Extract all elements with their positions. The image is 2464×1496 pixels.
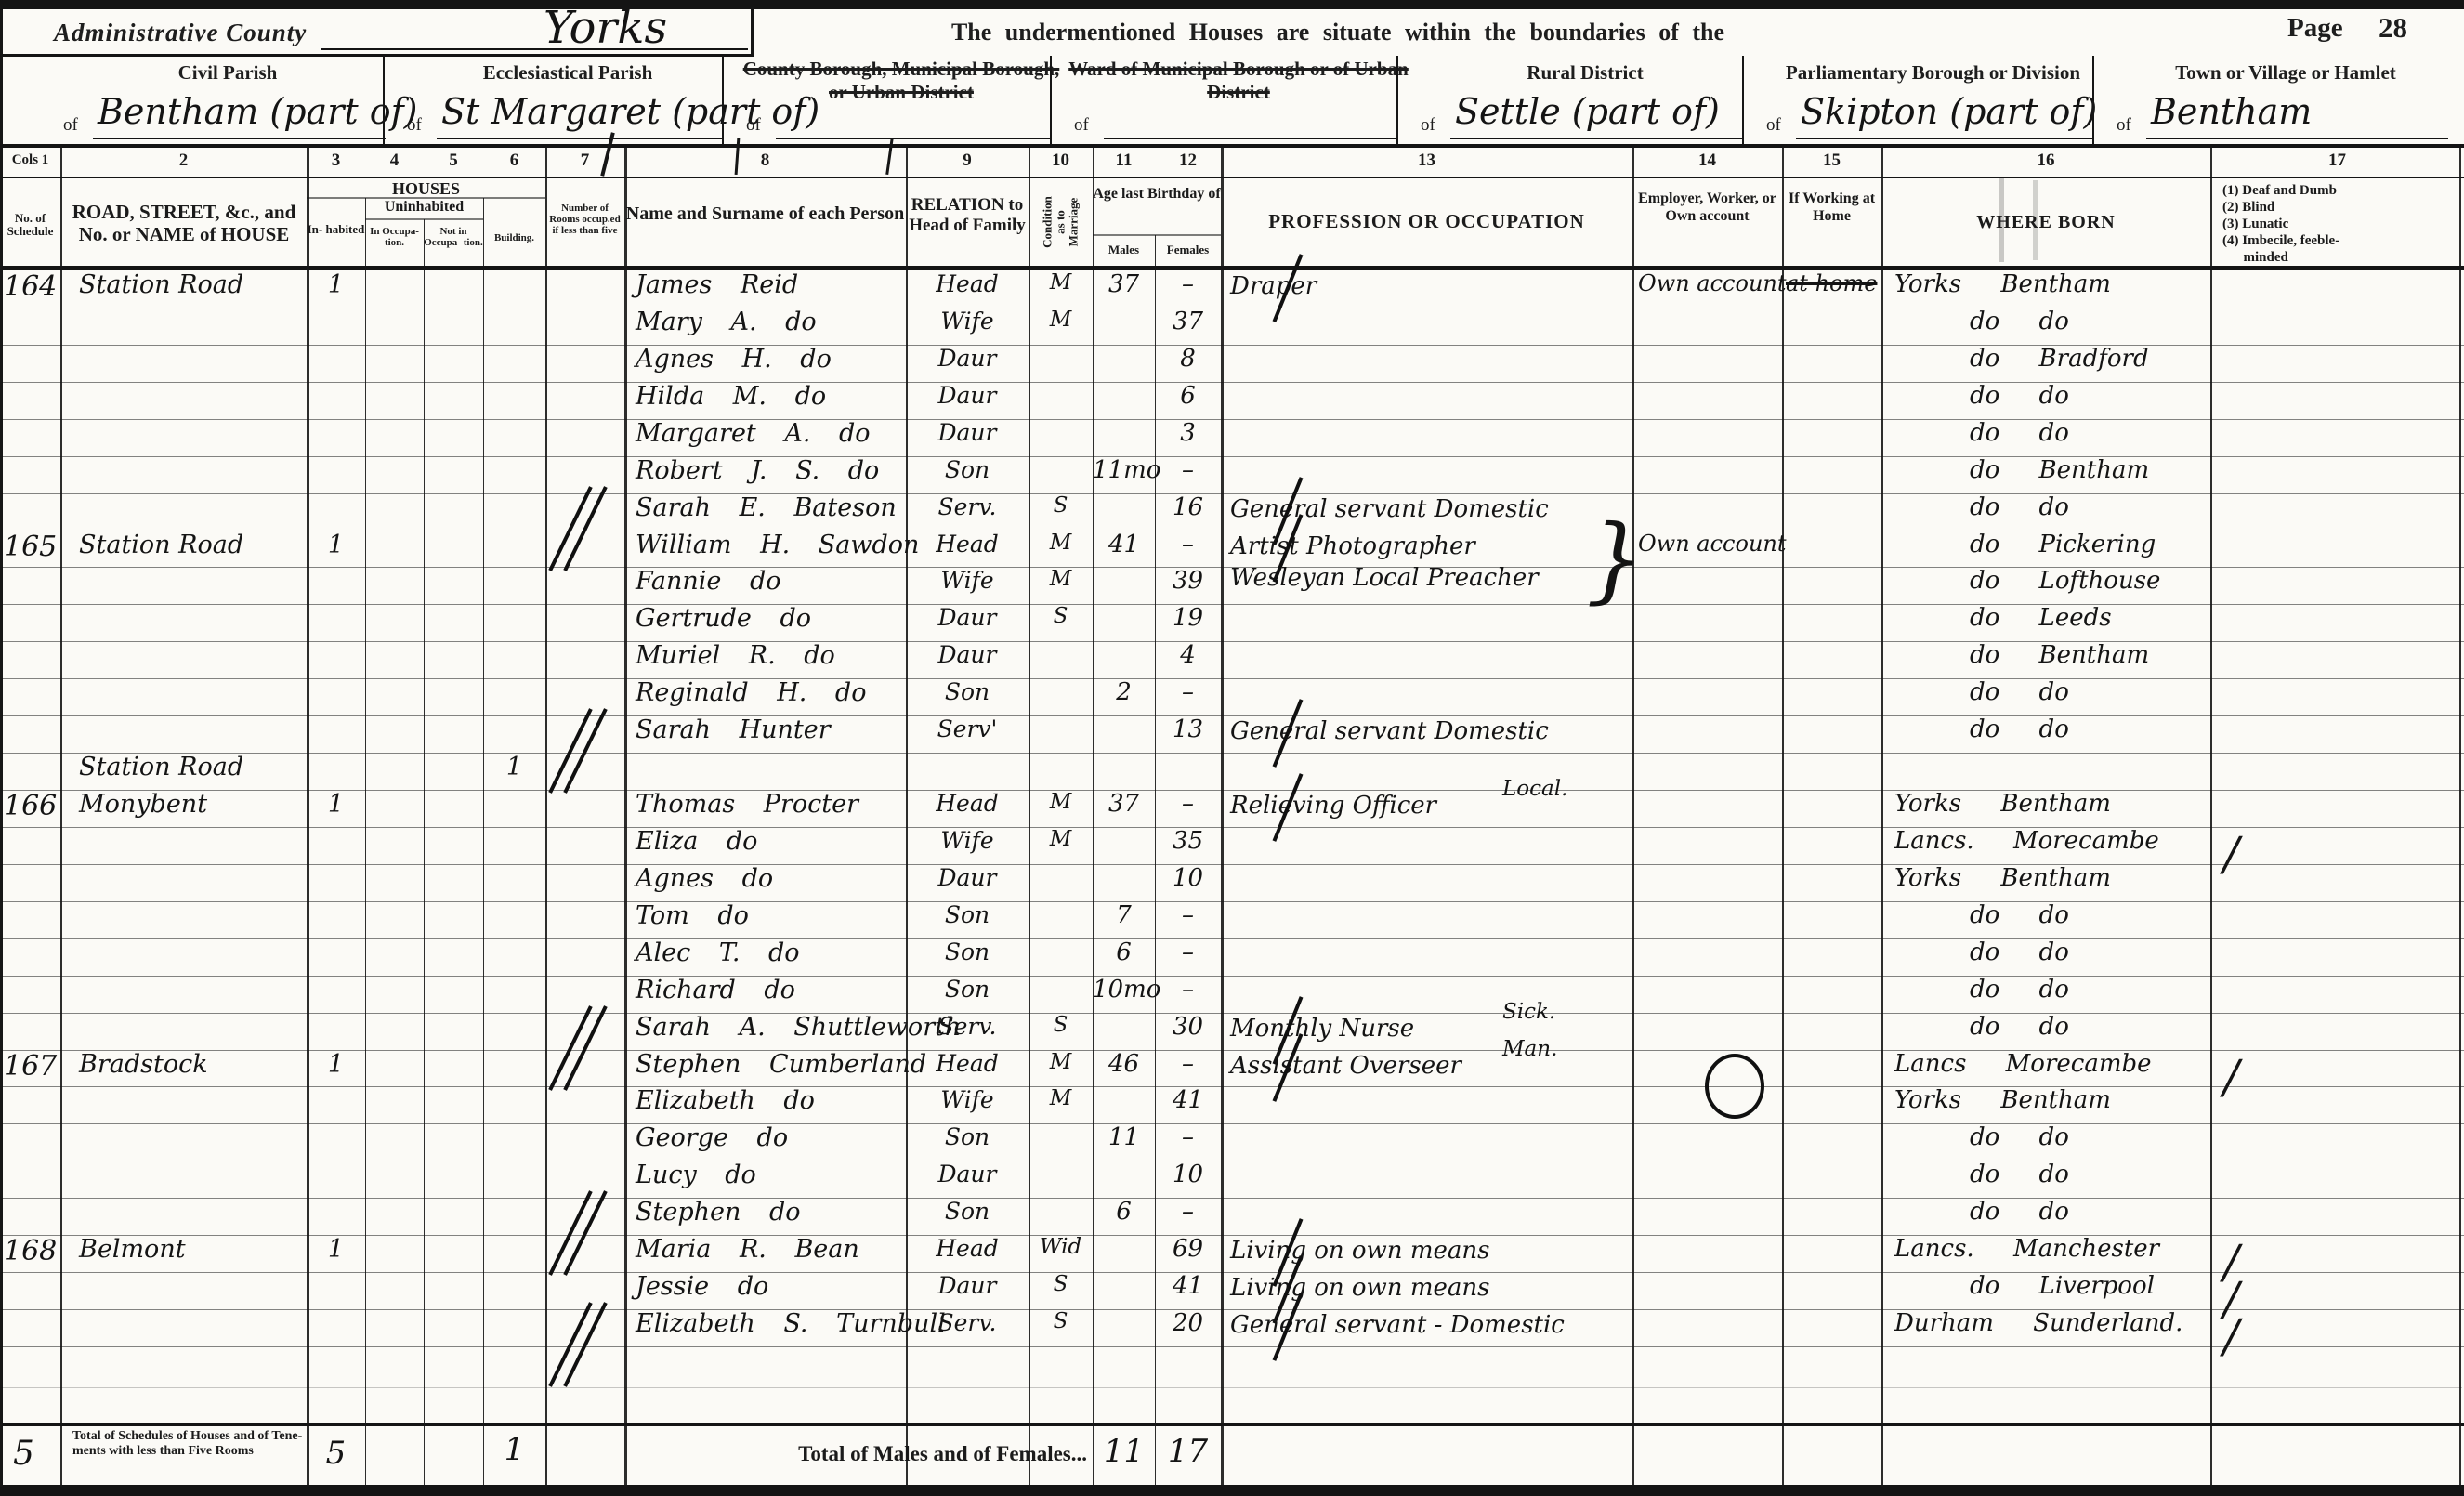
section-underline [1450,138,1743,139]
table-row: Jessie doDaurS41Living on own meansdo Li… [0,1272,2464,1310]
column-number: Cols 1 [0,152,60,168]
totals-schedules-value: 5 [13,1435,34,1473]
where-born-cell: do Pickering [1881,531,2210,568]
col-header-born: WHERE BORN [1881,212,2210,233]
table-row: Muriel R. doDaur4do Bentham [0,641,2464,679]
column-number: 10 [1029,151,1093,171]
age-males-cell: 46 [1093,1050,1155,1087]
where-born-cell: do do [1881,1161,2210,1198]
section-divider [1742,56,1744,144]
born-check-slash: / [2210,827,2464,864]
age-females-cell: 16 [1155,493,1221,531]
census-page: Administrative County Yorks The undermen… [0,0,2464,1496]
totals-males-value: 11 [1093,1433,1155,1470]
totals-females-value: 17 [1155,1433,1221,1470]
condition-cell: S [1029,493,1093,531]
admin-county-rule [0,54,754,57]
column-rule [624,148,627,1487]
relation-cell: Serv. [906,493,1029,531]
column-number: 8 [624,151,906,171]
table-row: Reginald H. doSon2–do do [0,678,2464,716]
column-number: 6 [483,151,545,171]
table-row: Elizabeth doWifeM41Yorks Bentham [0,1086,2464,1124]
infirm-line-2: (2) Blind [2222,199,2460,216]
age-females-cell: – [1155,1123,1221,1161]
totals-males-females-label: Total of Males and of Females... [650,1442,1087,1466]
column-rule [2459,148,2461,1487]
column-number: 5 [424,151,483,171]
table-row: Sarah A. ShuttleworthServ.S30Monthly Nur… [0,1013,2464,1051]
condition-cell: M [1029,308,1093,345]
table-row: Sarah HunterServ'13General servant Domes… [0,715,2464,754]
col-header-in-occupation: In Occupa- tion. [365,226,424,248]
column-rule [1632,148,1634,1487]
house-name-cell: Monybent [60,790,307,827]
occupation-cell: Living on own means [1221,1235,1632,1272]
age-females-cell: 19 [1155,604,1221,641]
col-header-males: Males [1093,243,1155,256]
page-label: Page [2287,13,2343,44]
relation-cell: Head [906,531,1029,568]
column-number: 11 [1093,151,1155,171]
where-born-cell: do Bradford [1881,345,2210,382]
relation-cell: Daur [906,419,1029,456]
col-header-name: Name and Surname of each Person [624,203,906,226]
section-label: Town or Village or Hamlet [2109,61,2462,85]
condition-cell: M [1029,827,1093,864]
col-header-home: If Working at Home [1782,190,1881,225]
age-females-cell: 69 [1155,1235,1221,1272]
section-of: of [1421,115,1435,136]
age-females-cell: – [1155,938,1221,976]
section-of: of [746,115,761,136]
where-born-cell: do do [1881,678,2210,715]
person-name-cell: Stephen do [624,1198,906,1235]
age-males-cell: 2 [1093,678,1155,715]
condition-cell: M [1029,531,1093,568]
admin-county-label: Administrative County [54,19,307,47]
born-check-slash: / [2210,1272,2464,1309]
section-underline [2146,138,2448,139]
relation-cell: Wife [906,1086,1029,1123]
where-born-cell: do Lofthouse [1881,567,2210,604]
table-row: Agnes doDaur10Yorks Bentham [0,864,2464,902]
employer-cell: Own account [1632,270,1782,308]
inhabited-cell: 1 [307,790,365,827]
where-born-cell: do do [1881,419,2210,456]
schedule-number-cell: 168 [0,1235,60,1272]
house-name-cell: Station Road [60,753,307,790]
relation-cell: Wife [906,827,1029,864]
col-header-females: Females [1155,243,1221,256]
occupation-cell: General servant Domestic [1221,493,1632,531]
inhabited-cell: 1 [307,270,365,308]
section-of: of [1074,115,1089,136]
relation-cell: Head [906,1235,1029,1272]
col-header-profession: PROFESSION OR OCCUPATION [1221,210,1632,233]
person-name-cell: Maria R. Bean [624,1235,906,1272]
relation-cell: Serv. [906,1013,1029,1050]
age-females-cell: – [1155,678,1221,715]
age-males-cell: 37 [1093,270,1155,308]
table-row: 168Belmont1Maria R. BeanHeadWid69Living … [0,1235,2464,1273]
relation-cell: Serv. [906,1309,1029,1346]
section-divider [2092,56,2094,144]
table-row: Gertrude doDaurS19do Leeds [0,604,2464,642]
age-females-cell: 3 [1155,419,1221,456]
age-females-cell: – [1155,901,1221,938]
where-born-cell: do do [1881,493,2210,531]
col-header-schedule: No. of Schedule [0,212,60,238]
admin-county-underline [321,48,748,50]
table-row: 164Station Road1James ReidHeadM37–Draper… [0,270,2464,308]
table-row: Margaret A. doDaur3do do [0,419,2464,457]
table-row: Stephen doSon6–do do [0,1198,2464,1236]
section-label: Civil Parish [56,61,400,85]
inhabited-cell: 1 [307,1050,365,1087]
age-males-cell: 10mo [1093,976,1155,1013]
inhabited-cell: 1 [307,1235,365,1272]
person-name-cell: Robert J. S. do [624,456,906,493]
schedule-number-cell: 165 [0,531,60,568]
person-name-cell: Fannie do [624,567,906,604]
header-thick-rule [0,144,2464,148]
section-value: Skipton (part of) [1801,91,2112,132]
col-header-condition-label: Condition as to Marriage [1042,190,1081,255]
table-row: Mary A. doWifeM37do do [0,308,2464,346]
section-divider [722,56,724,144]
section-value: Settle (part of) [1455,91,1762,132]
relation-cell: Daur [906,382,1029,419]
section-label: Ecclesiastical Parish [400,61,736,85]
totals-building-value: 1 [483,1431,545,1468]
age-females-cell: 37 [1155,308,1221,345]
infirm-line-3: (3) Lunatic [2222,216,2460,232]
where-born-cell: do do [1881,901,2210,938]
table-row: 165Station Road1William H. SawdonHeadM41… [0,531,2464,569]
section-divider [383,56,385,144]
age-females-cell: – [1155,270,1221,308]
section-of: of [407,115,422,136]
where-born-cell: do do [1881,1123,2210,1161]
column-rule [483,198,484,1487]
numbers-row-rule [0,177,2464,178]
born-check-slash: / [2210,1309,2464,1346]
section-underline [93,138,386,139]
person-name-cell: Sarah E. Bateson [624,493,906,531]
person-name-cell: Lucy do [624,1161,906,1198]
col-header-uninhabited: Uninhabited [365,199,483,216]
column-number: 7 [545,151,624,171]
table-row: Agnes H. doDaur8do Bradford [0,345,2464,383]
condition-cell: M [1029,270,1093,308]
column-number: 4 [365,151,424,171]
age-females-cell: 30 [1155,1013,1221,1050]
person-name-cell: James Reid [624,270,906,308]
section-value: Bentham (part of) [98,91,404,132]
col-header-road: ROAD, STREET, &c., and No. or NAME of HO… [65,201,303,245]
column-number: 15 [1782,151,1881,171]
age-males-cell: 6 [1093,938,1155,976]
occupation-cell: Living on own means [1221,1272,1632,1309]
house-name-cell: Belmont [60,1235,307,1272]
occupation-annotation: Local. [1502,773,1567,805]
scan-bottom-edge [0,1485,2464,1496]
age-females-cell: 20 [1155,1309,1221,1346]
schedule-number-cell: 167 [0,1050,60,1087]
condition-cell: S [1029,1013,1093,1050]
col-header-building: Building. [483,232,545,243]
building-cell: 1 [483,753,545,790]
where-born-cell: do do [1881,1013,2210,1050]
column-number: 16 [1881,151,2210,171]
age-females-cell: – [1155,531,1221,568]
column-rule [307,148,309,1487]
person-name-cell: Agnes H. do [624,345,906,382]
table-row: Robert J. S. doSon11mo–do Bentham [0,456,2464,494]
house-name-cell: Station Road [60,531,307,568]
age-females-cell: – [1155,1198,1221,1235]
col-header-infirmities: (1) Deaf and Dumb (2) Blind (3) Lunatic … [2222,182,2460,266]
occupation-cell: General servant Domestic [1221,715,1632,753]
totals-inhabited-value: 5 [307,1435,365,1472]
born-check-slash: / [2210,1235,2464,1272]
col-header-not-in-occupation: Not in Occupa- tion. [424,226,483,248]
section-underline [1796,138,2093,139]
age-females-cell: 6 [1155,382,1221,419]
condition-cell: M [1029,1050,1093,1087]
archive-mark [1999,178,2004,262]
where-born-cell: Yorks Bentham [1881,1086,2210,1123]
occupation-annotation: Man. [1502,1033,1557,1065]
relation-cell: Daur [906,864,1029,901]
archive-mark [2033,180,2038,260]
section-label: Ward of Municipal Borough or of Urban Di… [1067,58,1410,104]
age-females-cell: 10 [1155,864,1221,901]
where-born-cell: do do [1881,715,2210,753]
age-females-cell: 13 [1155,715,1221,753]
col-header-inhabited: In- habited [307,223,365,236]
column-rule [1221,148,1224,1487]
where-born-cell: do Liverpool [1881,1272,2210,1309]
column-rule [1782,148,1784,1487]
column-number: 12 [1155,151,1221,171]
relation-cell: Head [906,270,1029,308]
section-divider [1396,56,1398,144]
age-males-cell: 11mo [1093,456,1155,493]
column-rule [365,198,366,1487]
occupation-cell: Monthly NurseSick. [1221,1013,1632,1050]
scan-top-edge [0,0,2464,9]
person-name-cell: Tom do [624,901,906,938]
table-row: 166Monybent1Thomas ProcterHeadM37–Reliev… [0,790,2464,828]
occupation-cell: Draper [1221,270,1632,308]
section-of: of [2117,115,2131,136]
where-born-cell: Yorks Bentham [1881,790,2210,827]
age-males-cell: 11 [1093,1123,1155,1161]
where-born-cell: do do [1881,938,2210,976]
born-check-slash: / [2210,1050,2464,1087]
where-born-cell: do do [1881,308,2210,345]
section-value: Bentham [2151,91,2464,132]
person-name-cell: Elizabeth do [624,1086,906,1123]
table-row: Alec T. doSon6–do do [0,938,2464,977]
person-name-cell: Thomas Procter [624,790,906,827]
table-row: George doSon11–do do [0,1123,2464,1161]
age-females-cell: – [1155,976,1221,1013]
section-divider [1050,56,1052,144]
condition-cell: M [1029,567,1093,604]
age-females-cell: 41 [1155,1086,1221,1123]
relation-cell: Daur [906,1272,1029,1309]
age-females-cell: – [1155,456,1221,493]
table-row: Elizabeth S. TurnbullServ.S20General ser… [0,1309,2464,1347]
section-of: of [63,115,78,136]
house-name-cell: Bradstock [60,1050,307,1087]
col-header-houses: HOUSES [307,179,545,199]
admin-county-value: Yorks [544,2,667,54]
person-name-cell: Elizabeth S. Turnbull [624,1309,906,1346]
section-label: Rural District [1413,61,1757,85]
relation-cell: Wife [906,308,1029,345]
section-underline [437,138,722,139]
relation-cell: Son [906,1198,1029,1235]
section-underline [1104,138,1396,139]
age-females-cell: 4 [1155,641,1221,678]
column-rule [424,219,425,1487]
col-header-employer: Employer, Worker, or Own account [1632,190,1782,225]
column-rule [2210,148,2212,1487]
infirm-line-5: minded [2222,249,2460,266]
page-number: 28 [2379,11,2407,45]
infirm-line-1: (1) Deaf and Dumb [2222,182,2460,199]
admin-county-box-line [751,7,754,54]
table-row: Station Road1 [0,753,2464,791]
relation-cell: Daur [906,641,1029,678]
person-name-cell: Jessie do [624,1272,906,1309]
schedule-number-cell: 166 [0,790,60,827]
section-value: St Margaret (part of) [441,91,741,132]
section-label: County Borough, Municipal Borough, or Ur… [739,58,1064,104]
age-females-cell: 10 [1155,1161,1221,1198]
table-row: Sarah E. BatesonServ.S16General servant … [0,493,2464,531]
relation-cell: Son [906,976,1029,1013]
column-rule [60,148,62,1487]
totals-schedules-label: Total of Schedules of Houses and of Tene… [72,1429,305,1459]
where-born-cell: Yorks Bentham [1881,864,2210,901]
column-rule [1155,235,1156,1487]
condition-cell: M [1029,1086,1093,1123]
age-females-cell: 8 [1155,345,1221,382]
where-born-cell: do Bentham [1881,456,2210,493]
col-header-condition: Condition as to Marriage [1029,178,1093,266]
condition-cell: Wid [1029,1235,1093,1272]
column-rule [1029,148,1030,1487]
relation-cell: Serv' [906,715,1029,753]
occupation-cell: Assistant OverseerMan. [1221,1050,1632,1087]
age-males-cell: 6 [1093,1198,1155,1235]
relation-cell: Daur [906,604,1029,641]
relation-cell: Son [906,901,1029,938]
age-females-cell: – [1155,1050,1221,1087]
where-born-cell: Lancs Morecambe [1881,1050,2210,1087]
where-born-cell: Durham Sunderland. [1881,1309,2210,1346]
column-number: 9 [906,151,1029,171]
schedule-number-cell: 164 [0,270,60,308]
relation-cell: Son [906,678,1029,715]
column-rule [1881,148,1883,1487]
relation-cell: Son [906,456,1029,493]
section-of: of [1766,115,1781,136]
person-name-cell: William H. Sawdon [624,531,906,568]
column-number: 3 [307,151,365,171]
person-name-cell: Mary A. do [624,308,906,345]
age-females-cell: – [1155,790,1221,827]
column-rule [545,148,547,1487]
age-females-cell: 41 [1155,1272,1221,1309]
person-name-cell: Alec T. do [624,938,906,976]
table-row: Fannie doWifeM39do Lofthouse [0,567,2464,605]
column-rule [0,148,2,1487]
where-born-cell: do do [1881,1198,2210,1235]
relation-cell: Daur [906,1161,1029,1198]
where-born-cell: do Leeds [1881,604,2210,641]
column-number: 13 [1221,151,1632,171]
age-males-cell: 37 [1093,790,1155,827]
column-number: 2 [60,151,307,171]
totals-top-rule [0,1423,2464,1426]
table-row: Tom doSon7–do do [0,901,2464,939]
age-males-cell: 7 [1093,901,1155,938]
relation-cell: Head [906,1050,1029,1087]
age-females-cell: 35 [1155,827,1221,864]
where-born-cell: do do [1881,976,2210,1013]
table-row: 167Bradstock1Stephen CumberlandHeadM46–A… [0,1050,2464,1088]
inhabited-cell: 1 [307,531,365,568]
age-females-cell: 39 [1155,567,1221,604]
relation-cell: Son [906,938,1029,976]
person-name-cell: Agnes do [624,864,906,901]
table-row: Hilda M. doDaur6do do [0,382,2464,420]
house-name-cell: Station Road [60,270,307,308]
where-born-cell: Lancs. Morecambe [1881,827,2210,864]
relation-cell: Son [906,1123,1029,1161]
where-born-cell: Yorks Bentham [1881,270,2210,308]
person-name-cell: Margaret A. do [624,419,906,456]
col-header-relation: RELATION to Head of Family [906,195,1029,236]
person-name-cell: Gertrude do [624,604,906,641]
relation-cell: Head [906,790,1029,827]
boundaries-line: The undermentioned Houses are situate wi… [892,19,1784,46]
condition-cell: M [1029,790,1093,827]
condition-cell: S [1029,604,1093,641]
where-born-cell: Lancs. Manchester [1881,1235,2210,1272]
person-name-cell: Sarah Hunter [624,715,906,753]
person-name-cell: Hilda M. do [624,382,906,419]
person-name-cell: Eliza do [624,827,906,864]
table-row: Lucy doDaur10do do [0,1161,2464,1199]
condition-cell: S [1029,1272,1093,1309]
occupation-cell: Relieving OfficerLocal. [1221,790,1632,827]
employer-cell: Own account [1632,531,1782,568]
condition-cell: S [1029,1309,1093,1346]
col-header-age: Age last Birthday of [1093,186,1221,203]
occupation-annotation: Sick. [1502,996,1555,1028]
occupation-cell: Artist PhotographerWesleyan Local Preach… [1221,531,1632,568]
person-name-cell: Reginald H. do [624,678,906,715]
person-name-cell: Muriel R. do [624,641,906,678]
table-row: Eliza doWifeM35Lancs. Morecambe/ [0,827,2464,865]
